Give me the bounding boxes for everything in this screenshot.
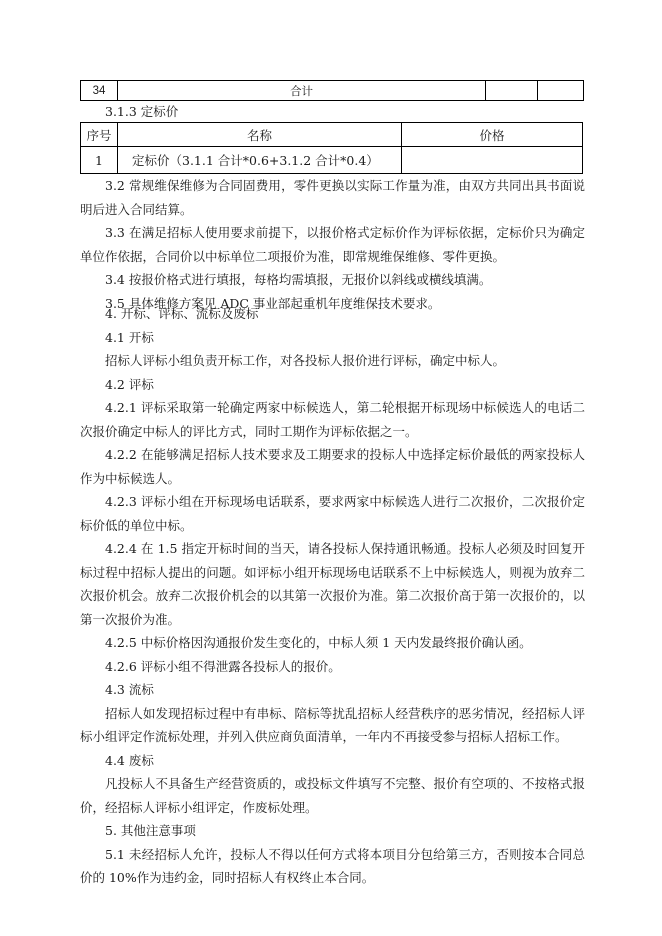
total-label-cell: 合计 bbox=[117, 81, 485, 101]
table-header-row: 序号 名称 价格 bbox=[81, 123, 583, 147]
paragraph-3-3: 3.3 在满足招标人使用要求前提下，以报价格式定标价作为评标依据，定标价只为确定… bbox=[80, 221, 585, 268]
paragraph-5-1: 5.1 未经招标人允许，投标人不得以任何方式将本项目分包给第三方，否则按本合同总… bbox=[80, 843, 585, 890]
heading-4-4: 4.4 废标 bbox=[80, 749, 585, 773]
paragraph-4-2-2: 4.2.2 在能够满足招标人技术要求及工期要求的投标人中选择定标价最低的两家投标… bbox=[80, 443, 585, 490]
total-table: 34 合计 bbox=[80, 80, 584, 101]
body-text: 3.2 常规维保维修为合同固费用，零件更换以实际工作量为准，由双方共同出具书面说… bbox=[80, 174, 585, 315]
section-heading-313: 3.1.3 定标价 bbox=[80, 102, 611, 122]
heading-4-3: 4.3 流标 bbox=[80, 678, 585, 702]
paragraph-3-2: 3.2 常规维保维修为合同固费用，零件更换以实际工作量为准，由双方共同出具书面说… bbox=[80, 174, 585, 221]
table-row: 1 定标价（3.1.1 合计*0.6+3.1.2 合计*0.4） bbox=[81, 147, 583, 174]
paragraph-4-3: 招标人如发现招标过程中有串标、陪标等扰乱招标人经营秩序的恶劣情况，经招标人评标小… bbox=[80, 702, 585, 749]
paragraph-4-2-1: 4.2.1 评标采取第一轮确定两家中标候选人，第二轮根据开标现场中标候选人的电话… bbox=[80, 396, 585, 443]
table-row: 34 合计 bbox=[81, 81, 584, 101]
header-serial: 序号 bbox=[81, 123, 118, 147]
paragraph-3-4: 3.4 按报价格式进行填报，每格均需填报，无报价以斜线或横线填满。 bbox=[80, 268, 585, 292]
bid-price-table: 序号 名称 价格 1 定标价（3.1.1 合计*0.6+3.1.2 合计*0.4… bbox=[80, 122, 583, 174]
paragraph-4-2-6: 4.2.6 评标小组不得泄露各投标人的报价。 bbox=[80, 655, 585, 679]
heading-4: 4. 开标、评标、流标及废标 bbox=[80, 302, 585, 326]
paragraph-4-2-4: 4.2.4 在 1.5 指定开标时间的当天，请各投标人保持通讯畅通。投标人必须及… bbox=[80, 537, 585, 631]
heading-5: 5. 其他注意事项 bbox=[80, 819, 585, 843]
paragraph-4-2-5: 4.2.5 中标价格因沟通报价发生变化的，中标人须 1 天内发最终报价确认函。 bbox=[80, 631, 585, 655]
row-number-cell: 34 bbox=[81, 81, 118, 101]
heading-4-2: 4.2 评标 bbox=[80, 373, 585, 397]
total-extra-cell bbox=[538, 81, 584, 101]
document-page: 34 合计 3.1.3 定标价 序号 名称 价格 1 定标价（3.1.1 合计*… bbox=[0, 0, 662, 936]
cell-name: 定标价（3.1.1 合计*0.6+3.1.2 合计*0.4） bbox=[118, 147, 402, 174]
cell-serial: 1 bbox=[81, 147, 118, 174]
header-name: 名称 bbox=[118, 123, 402, 147]
body-text-section-4: 4. 开标、评标、流标及废标 4.1 开标 招标人评标小组负责开标工作，对各投标… bbox=[80, 302, 585, 890]
paragraph-4-4: 凡投标人不具备生产经营资质的，或投标文件填写不完整、报价有空项的、不按格式报价，… bbox=[80, 772, 585, 819]
total-value-cell bbox=[486, 81, 538, 101]
header-price: 价格 bbox=[402, 123, 583, 147]
cell-price bbox=[402, 147, 583, 174]
paragraph-4-2-3: 4.2.3 评标小组在开标现场电话联系，要求两家中标候选人进行二次报价，二次报价… bbox=[80, 490, 585, 537]
paragraph-4-1: 招标人评标小组负责开标工作，对各投标人报价进行评标，确定中标人。 bbox=[80, 349, 585, 373]
heading-4-1: 4.1 开标 bbox=[80, 326, 585, 350]
